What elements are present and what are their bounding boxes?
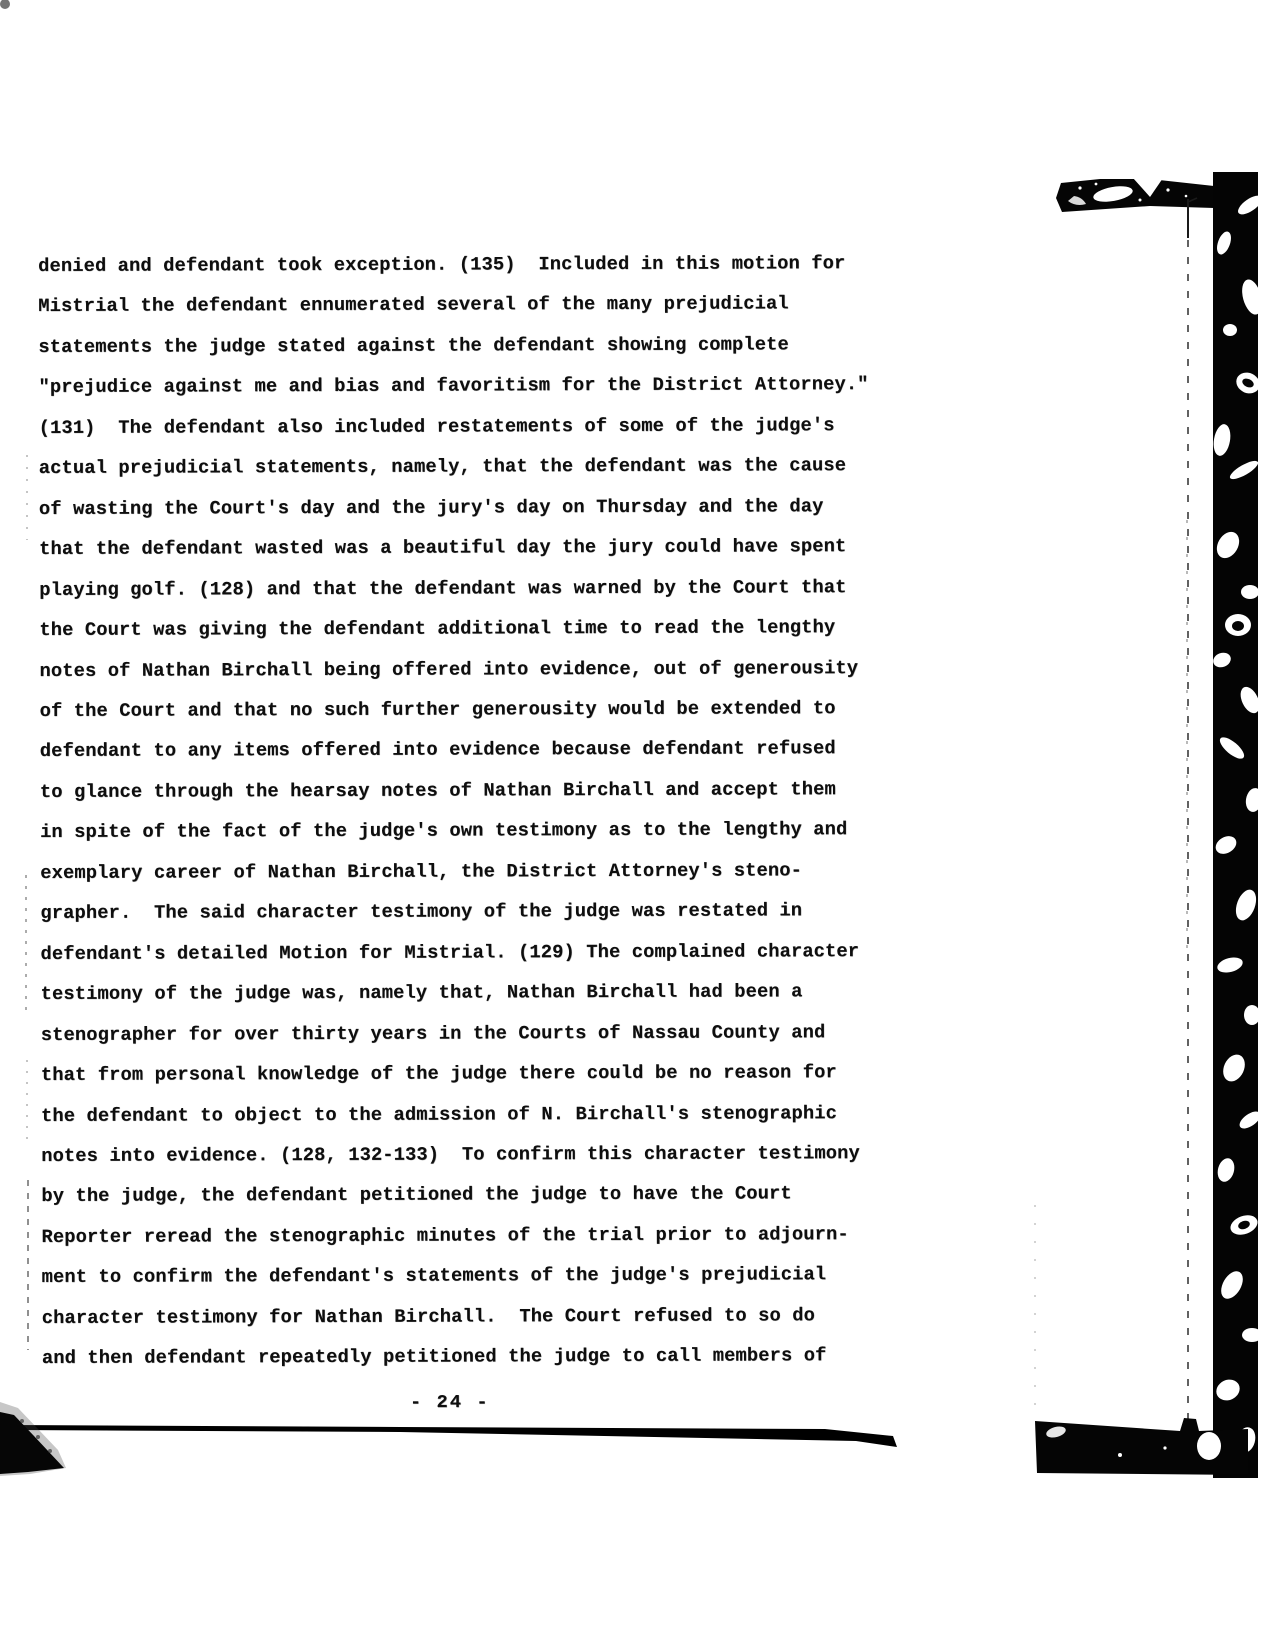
text-line: Reporter reread the stenographic minutes… xyxy=(41,1214,891,1257)
text-line: "prejudice against me and bias and favor… xyxy=(38,364,888,407)
text-line: of wasting the Court's day and the jury'… xyxy=(39,486,889,529)
bottom-right-scan-band xyxy=(1035,1418,1248,1475)
text-line: of the Court and that no such further ge… xyxy=(40,688,890,731)
text-line: character testimony for Nathan Birchall.… xyxy=(42,1295,892,1338)
binding-marble-strip xyxy=(1211,172,1265,1478)
top-right-scan-band xyxy=(1056,178,1214,212)
text-line: to glance through the hearsay notes of N… xyxy=(40,769,890,812)
text-line: and then defendant repeatedly petitioned… xyxy=(42,1335,892,1378)
text-line: defendant to any items offered into evid… xyxy=(40,728,890,771)
gutter-crease-line xyxy=(1187,198,1197,1440)
bottom-left-smudge xyxy=(0,1402,66,1476)
text-line: Mistrial the defendant ennumerated sever… xyxy=(38,283,888,326)
text-line: in spite of the fact of the judge's own … xyxy=(40,809,890,852)
corner-speck xyxy=(0,0,10,9)
text-line: that from personal knowledge of the judg… xyxy=(41,1052,891,1095)
text-line: actual prejudicial statements, namely, t… xyxy=(39,445,889,488)
text-line: exemplary career of Nathan Birchall, the… xyxy=(40,850,890,893)
bottom-rule-line xyxy=(13,1425,897,1447)
text-line: testimony of the judge was, namely that,… xyxy=(41,971,891,1014)
text-line: that the defendant wasted was a beautifu… xyxy=(39,526,889,569)
text-line: statements the judge stated against the … xyxy=(38,324,888,367)
text-line: grapher. The said character testimony of… xyxy=(40,890,890,933)
text-line: notes of Nathan Birchall being offered i… xyxy=(39,648,889,691)
text-line: the defendant to object to the admission… xyxy=(41,1093,891,1136)
text-line: by the judge, the defendant petitioned t… xyxy=(41,1173,891,1216)
text-line: the Court was giving the defendant addit… xyxy=(39,607,889,650)
text-line: notes into evidence. (128, 132-133) To c… xyxy=(41,1133,891,1176)
page-number: - 24 - xyxy=(410,1390,490,1414)
typewritten-text-block: denied and defendant took exception. (13… xyxy=(38,243,892,1379)
text-line: denied and defendant took exception. (13… xyxy=(38,243,888,286)
text-line: stenographer for over thirty years in th… xyxy=(41,1012,891,1055)
text-line: defendant's detailed Motion for Mistrial… xyxy=(40,931,890,974)
text-line: (131) The defendant also included restat… xyxy=(39,405,889,448)
text-line: ment to confirm the defendant's statemen… xyxy=(42,1254,892,1297)
document-page: denied and defendant took exception. (13… xyxy=(0,0,1275,1650)
text-line: playing golf. (128) and that the defenda… xyxy=(39,567,889,610)
